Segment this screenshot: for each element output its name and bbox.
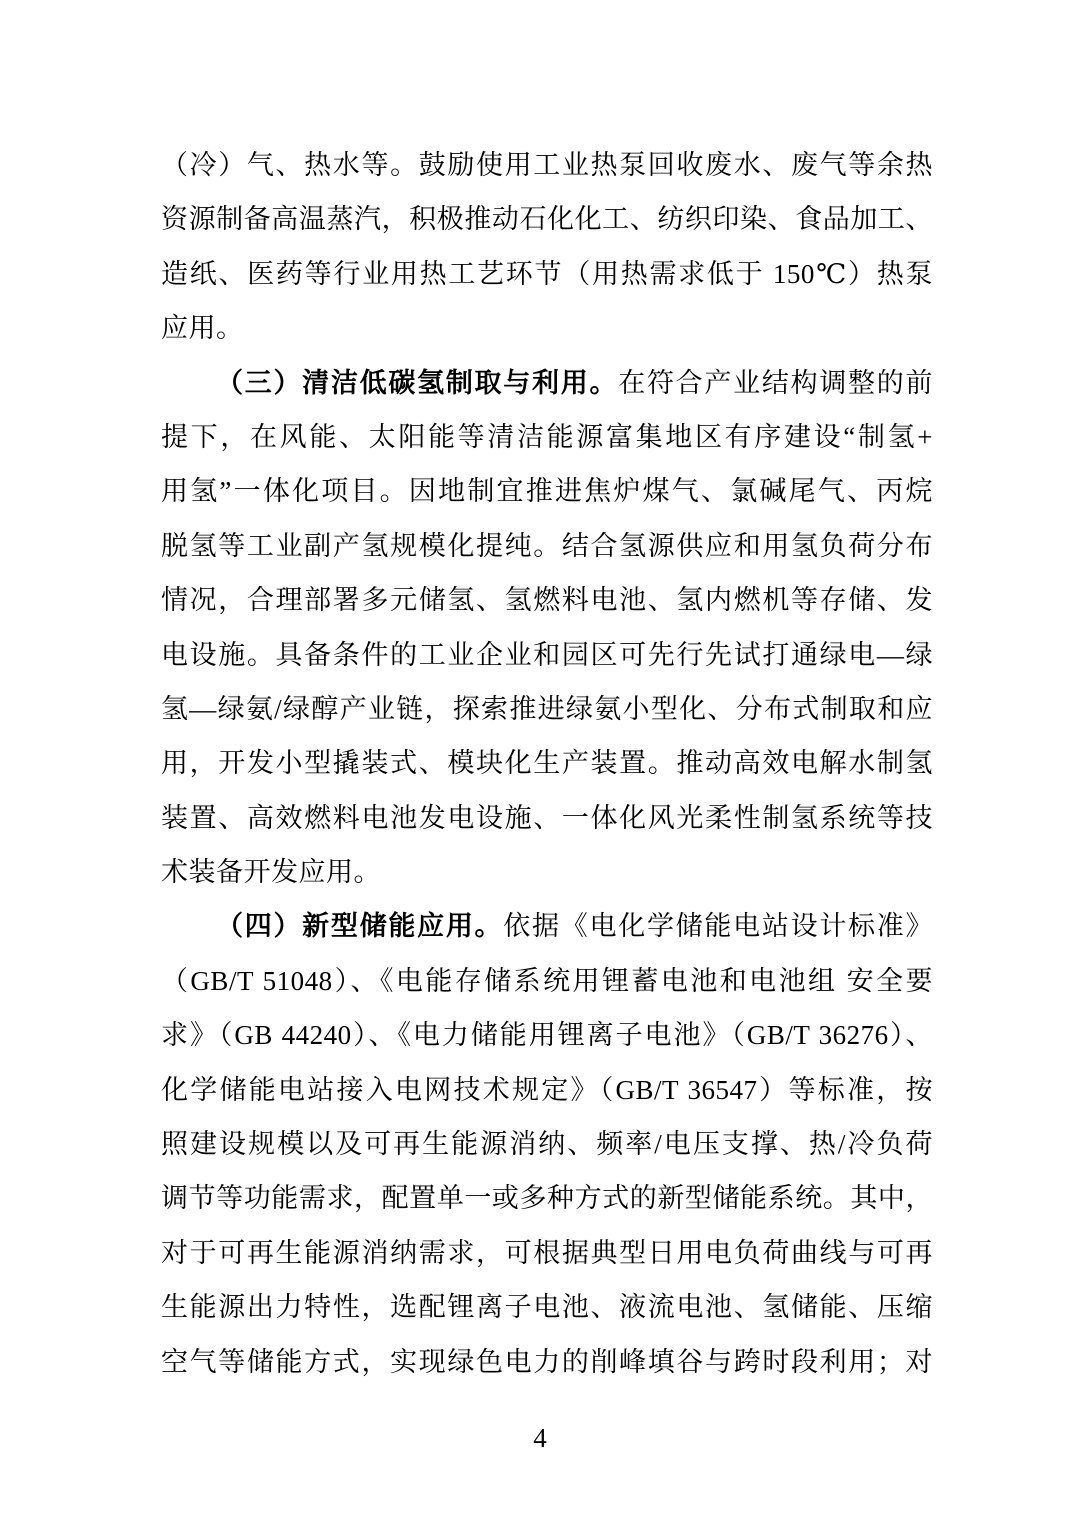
body-line: 用氢”一体化项目。因地制宜推进焦炉煤气、氯碱尾气、丙烷 [161, 464, 933, 518]
section-3-heading: （三）清洁低碳氢制取与利用。 [216, 368, 618, 398]
body-line: 脱氢等工业副产氢规模化提纯。结合氢源供应和用氢负荷分布 [161, 519, 933, 573]
body-line: 用，开发小型撬装式、模块化生产装置。推动高效电解水制氢 [161, 736, 933, 790]
section-4-lead-text: 依据《电化学储能电站设计标准》 [503, 911, 933, 941]
section-3-lead-line: （三）清洁低碳氢制取与利用。在符合产业结构调整的前 [161, 356, 933, 410]
body-line: 生能源出力特性，选配锂离子电池、液流电池、氢储能、压缩 [161, 1280, 933, 1334]
body-line: 对于可再生能源消纳需求，可根据典型日用电负荷曲线与可再 [161, 1226, 933, 1280]
body-line: 氢—绿氨/绿醇产业链，探索推进绿氨小型化、分布式制取和应 [161, 682, 933, 736]
document-body: （冷）气、热水等。鼓励使用工业热泵回收废水、废气等余热 资源制备高温蒸汽，积极推… [161, 138, 933, 1389]
page-number: 4 [0, 1420, 1080, 1456]
body-line: 提下，在风能、太阳能等清洁能源富集地区有序建设“制氢+ [161, 410, 933, 464]
document-page: （冷）气、热水等。鼓励使用工业热泵回收废水、废气等余热 资源制备高温蒸汽，积极推… [0, 0, 1080, 1527]
section-3-lead-text: 在符合产业结构调整的前 [618, 368, 933, 398]
body-line: 电设施。具备条件的工业企业和园区可先行先试打通绿电—绿 [161, 628, 933, 682]
body-line: （冷）气、热水等。鼓励使用工业热泵回收废水、废气等余热 [161, 138, 933, 192]
body-line: 情况，合理部署多元储氢、氢燃料电池、氢内燃机等存储、发 [161, 573, 933, 627]
section-4-lead-line: （四）新型储能应用。依据《电化学储能电站设计标准》 [161, 899, 933, 953]
body-line: （GB/T 51048）、《电能存储系统用锂蓄电池和电池组 安全要 [161, 954, 933, 1008]
body-line: 调节等功能需求，配置单一或多种方式的新型储能系统。其中， [161, 1171, 933, 1225]
body-line-paragraph-end: 术装备开发应用。 [161, 845, 933, 899]
body-line: 资源制备高温蒸汽，积极推动石化化工、纺织印染、食品加工、 [161, 192, 933, 246]
body-line-paragraph-end: 应用。 [161, 301, 933, 355]
body-line: 化学储能电站接入电网技术规定》（GB/T 36547）等标准，按 [161, 1063, 933, 1117]
body-line: 装置、高效燃料电池发电设施、一体化风光柔性制氢系统等技 [161, 791, 933, 845]
body-line: 照建设规模以及可再生能源消纳、频率/电压支撑、热/冷负荷 [161, 1117, 933, 1171]
section-4-heading: （四）新型储能应用。 [216, 911, 503, 941]
body-line: 空气等储能方式，实现绿色电力的削峰填谷与跨时段利用；对 [161, 1335, 933, 1389]
body-line: 求》（GB 44240）、《电力储能用锂离子电池》（GB/T 36276）、《电 [161, 1008, 933, 1062]
body-line: 造纸、医药等行业用热工艺环节（用热需求低于 150℃）热泵 [161, 247, 933, 301]
